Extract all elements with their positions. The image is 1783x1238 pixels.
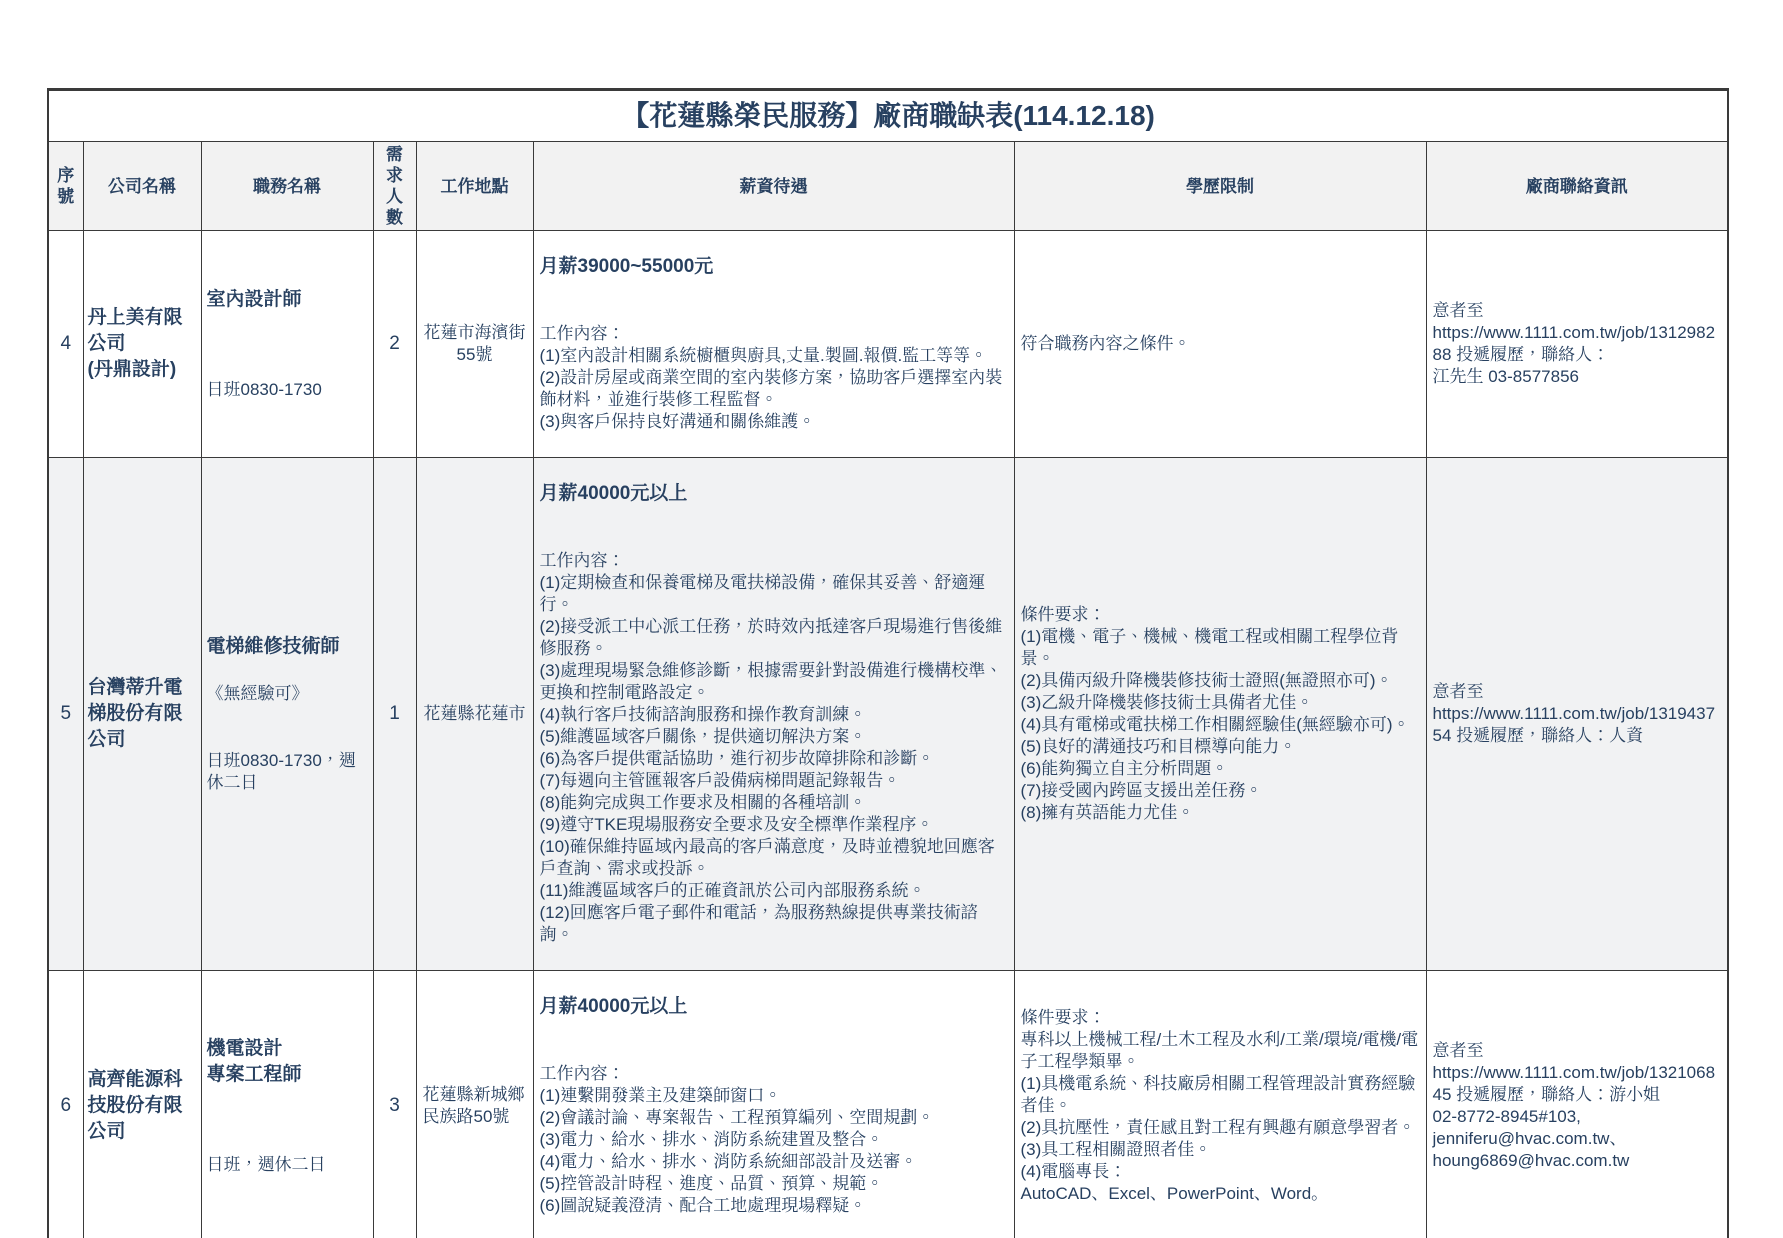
col-header-location: 工作地點: [416, 142, 533, 231]
cell-education: 條件要求： (1)電機、電子、機械、機電工程或相關工程學位背景。 (2)具備丙級…: [1014, 458, 1426, 971]
cell-salary: 月薪40000元以上 工作內容： (1)連繫開發業主及建築師窗口。 (2)會議討…: [533, 971, 1014, 1238]
col-header-headcount: 需求 人數: [373, 142, 416, 231]
col-header-contact: 廠商聯絡資訊: [1426, 142, 1728, 231]
cell-job: 機電設計 專案工程師 日班，週休二日: [201, 971, 373, 1238]
cell-location: 花蓮縣新城鄉民族路50號: [416, 971, 533, 1238]
job-title: 機電設計 專案工程師: [207, 1036, 368, 1088]
job-shift: 日班0830-1730，週休二日: [207, 750, 368, 794]
cell-company: 台灣蒂升電梯股份有限公司: [83, 458, 201, 971]
job-note: 《無經驗可》: [207, 682, 368, 706]
cell-contact: 意者至 https://www.1111.com.tw/job/13210684…: [1426, 971, 1728, 1238]
salary-amount: 月薪39000~55000元: [540, 255, 1008, 279]
col-header-salary: 薪資待遇: [533, 142, 1014, 231]
cell-salary: 月薪39000~55000元 工作內容： (1)室內設計相關系統櫥櫃與廚具,丈量…: [533, 231, 1014, 458]
cell-headcount: 1: [373, 458, 416, 971]
salary-amount: 月薪40000元以上: [540, 482, 1008, 506]
table-row-4: 4 丹上美有限公司 (丹鼎設計) 室內設計師 日班0830-1730 2 花蓮市…: [48, 231, 1728, 458]
job-vacancy-table: 【花蓮縣榮民服務】廠商職缺表(114.12.18) 序 號 公司名稱 職務名稱 …: [47, 88, 1729, 1238]
page-title: 【花蓮縣榮民服務】廠商職缺表(114.12.18): [48, 90, 1728, 142]
col-header-no: 序 號: [48, 142, 83, 231]
cell-company: 丹上美有限公司 (丹鼎設計): [83, 231, 201, 458]
cell-job: 電梯維修技術師 《無經驗可》 日班0830-1730，週休二日: [201, 458, 373, 971]
cell-location: 花蓮市海濱街55號: [416, 231, 533, 458]
col-header-job-title: 職務名稱: [201, 142, 373, 231]
job-title: 電梯維修技術師: [207, 634, 368, 660]
cell-location: 花蓮縣花蓮市: [416, 458, 533, 971]
table-row-6: 6 高齊能源科技股份有限公司 機電設計 專案工程師 日班，週休二日 3 花蓮縣新…: [48, 971, 1728, 1238]
salary-job-description: 工作內容： (1)室內設計相關系統櫥櫃與廚具,丈量.製圖.報價.監工等等。 (2…: [540, 323, 1008, 433]
col-header-company: 公司名稱: [83, 142, 201, 231]
col-header-education: 學歷限制: [1014, 142, 1426, 231]
cell-no: 5: [48, 458, 83, 971]
cell-salary: 月薪40000元以上 工作內容： (1)定期檢查和保養電梯及電扶梯設備，確保其妥…: [533, 458, 1014, 971]
cell-headcount: 3: [373, 971, 416, 1238]
cell-education: 符合職務內容之條件。: [1014, 231, 1426, 458]
cell-company: 高齊能源科技股份有限公司: [83, 971, 201, 1238]
job-shift: 日班0830-1730: [207, 379, 368, 401]
salary-job-description: 工作內容： (1)連繫開發業主及建築師窗口。 (2)會議討論、專案報告、工程預算…: [540, 1063, 1008, 1217]
salary-amount: 月薪40000元以上: [540, 995, 1008, 1019]
cell-no: 4: [48, 231, 83, 458]
title-row: 【花蓮縣榮民服務】廠商職缺表(114.12.18): [48, 90, 1728, 142]
cell-no: 6: [48, 971, 83, 1238]
job-title: 室內設計師: [207, 287, 368, 313]
table-row-5: 5 台灣蒂升電梯股份有限公司 電梯維修技術師 《無經驗可》 日班0830-173…: [48, 458, 1728, 971]
cell-job: 室內設計師 日班0830-1730: [201, 231, 373, 458]
job-shift: 日班，週休二日: [207, 1154, 368, 1176]
cell-education: 條件要求： 專科以上機械工程/土木工程及水利/工業/環境/電機/電子工程學類畢。…: [1014, 971, 1426, 1238]
salary-job-description: 工作內容： (1)定期檢查和保養電梯及電扶梯設備，確保其妥善、舒適運行。 (2)…: [540, 550, 1008, 946]
cell-headcount: 2: [373, 231, 416, 458]
table-header-row: 序 號 公司名稱 職務名稱 需求 人數 工作地點 薪資待遇 學歷限制 廠商聯絡資…: [48, 142, 1728, 231]
cell-contact: 意者至 https://www.1111.com.tw/job/13194375…: [1426, 458, 1728, 971]
cell-contact: 意者至 https://www.1111.com.tw/job/13129828…: [1426, 231, 1728, 458]
